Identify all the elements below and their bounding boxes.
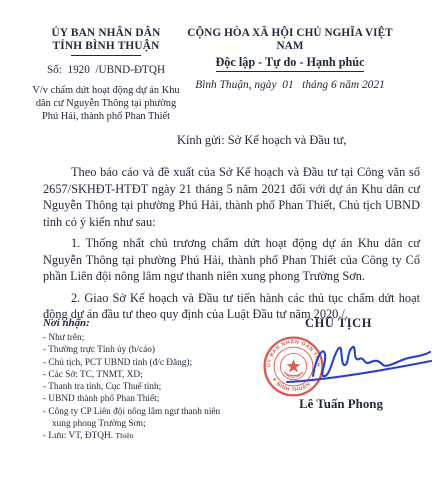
org-province: TỈNH BÌNH THUẬN [20, 40, 192, 53]
org-underline [71, 55, 141, 56]
recipient-item: - Như trên; [43, 332, 223, 344]
clerk-initials: Thiện [115, 431, 133, 440]
recipient-item: - Các Sở: TC, TNMT, XD; [43, 369, 223, 381]
national-motto: Độc lập - Tự do - Hạnh phúc [216, 55, 365, 72]
org-name: ỦY BAN NHÂN DÂN [20, 27, 192, 40]
recipient-item: - Thường trực Tỉnh ủy (b/cáo) [43, 344, 223, 356]
document-number: Số: 1920 /UBND-ĐTQH [20, 64, 192, 76]
salutation: Kính gửi: Sở Kế hoạch và Đầu tư, [177, 133, 346, 148]
recipient-item: - UBND thành phố Phan Thiết; [43, 393, 223, 405]
recipient-item-archive: - Lưu: VT, ĐTQH. Thiện [43, 430, 223, 442]
recipients-block: Nơi nhận: - Như trên; - Thường trực Tỉnh… [43, 317, 223, 443]
document-subject: V/v chấm dứt hoạt động dự án Khu dân cư … [20, 84, 192, 123]
recipient-item: - Chủ tịch, PCT UBND tỉnh (đ/c Đăng); [43, 357, 223, 369]
signature-flourish [287, 361, 431, 382]
national-header-block: CỘNG HÒA XÃ HỘI CHỦ NGHĨA VIỆT NAM Độc l… [177, 27, 403, 91]
signer-title: CHỦ TỊCH [276, 316, 401, 331]
paragraph-point-1: 1. Thống nhất chủ trương chấm dứt hoạt đ… [43, 235, 420, 285]
recipients-label: Nơi nhận: [43, 317, 223, 329]
issuing-org-block: ỦY BAN NHÂN DÂN TỈNH BÌNH THUẬN Số: 1920… [20, 27, 192, 123]
national-name: CỘNG HÒA XÃ HỘI CHỦ NGHĨA VIỆT NAM [177, 27, 403, 53]
recipient-item: - Thanh tra tỉnh, Cục Thuế tỉnh; [43, 381, 223, 393]
letter-body: Theo báo cáo và đề xuất của Sở Kế hoạch … [43, 164, 420, 328]
place-and-date: Bình Thuận, ngày 01 tháng 6 năm 2021 [177, 79, 403, 91]
recipient-item: - Công ty CP Liên đội nông lâm ngư thanh… [43, 406, 223, 431]
official-letter-document: ỦY BAN NHÂN DÂN TỈNH BÌNH THUẬN Số: 1920… [0, 0, 437, 480]
signer-name: Lê Tuấn Phong [279, 397, 403, 412]
handwritten-signature [283, 335, 435, 393]
archive-text: - Lưu: VT, ĐTQH. [43, 431, 113, 441]
paragraph-intro: Theo báo cáo và đề xuất của Sở Kế hoạch … [43, 164, 420, 230]
